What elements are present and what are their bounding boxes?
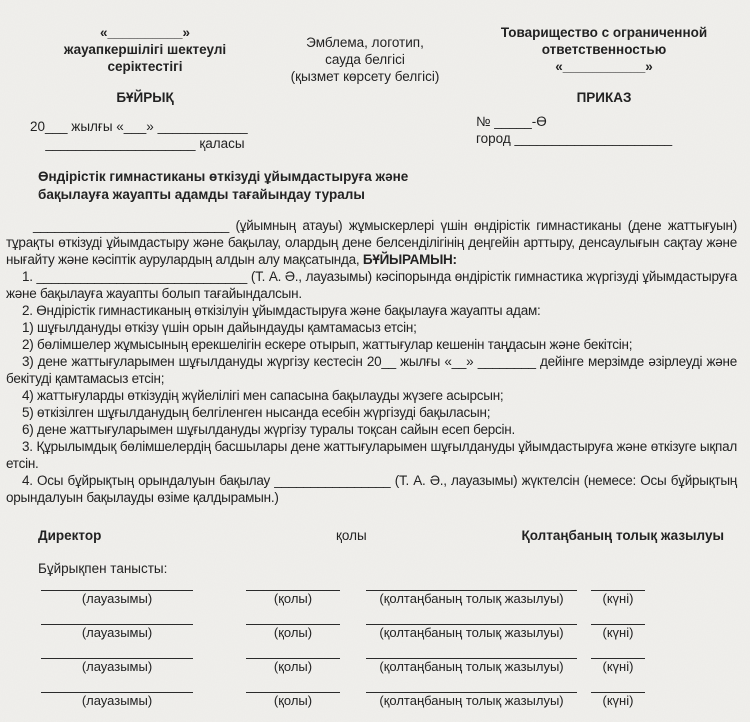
company-block-kz: «__________» жауапкершілігі шектеулі сер… (30, 24, 260, 152)
order-subitem-3: 3) дене жаттығуларымен шұғылдануды жүргі… (6, 353, 737, 387)
signature-cell: (қолы) (246, 577, 340, 607)
order-number-blank: № _____-Ө (470, 113, 738, 130)
order-document-page: «__________» жауапкершілігі шектеулі сер… (0, 0, 750, 722)
date-label: (күні) (591, 625, 645, 641)
position-label: (лауазымы) (41, 591, 193, 607)
order-city-blank-kz: ____________________ қаласы (30, 135, 260, 152)
fullname-cell: (қолтаңбаның толық жазылуы) (366, 577, 577, 607)
acknowledgement-row: (лауазымы) (қолы) (қолтаңбаның толық жаз… (41, 645, 750, 675)
date-label: (күні) (591, 659, 645, 675)
acknowledgement-row: (лауазымы) (қолы) (қолтаңбаның толық жаз… (41, 577, 750, 607)
order-date-blank-kz: 20___ жылғы «___» ____________ (30, 118, 260, 135)
fullname-cell: (қолтаңбаның толық жазылуы) (366, 679, 577, 709)
acknowledgement-rows: (лауазымы) (қолы) (қолтаңбаның толық жаз… (41, 577, 750, 709)
position-cell: (лауазымы) (41, 679, 193, 709)
company-name-blank-ru: «___________» (470, 58, 738, 75)
preamble-emphasis: БҰЙЫРАМЫН: (363, 252, 457, 267)
signature-label: (қолы) (246, 625, 340, 641)
order-body: ___________________________ (ұйымның ата… (6, 217, 737, 506)
signature-cell: (қолы) (246, 611, 340, 641)
date-cell: (күні) (591, 679, 645, 709)
signature-label: қолы (336, 528, 367, 543)
order-subitem-5: 5) өткізілген шұғылданудың белгіленген н… (6, 404, 737, 421)
position-label: (лауазымы) (41, 659, 193, 675)
subject-line2: бақылауға жауапты адамды тағайындау тура… (38, 186, 498, 204)
subject-line1: Өндірістік гимнастиканы өткізуді ұйымдас… (38, 168, 498, 186)
emblem-line1: Эмблема, логотип, (265, 34, 465, 51)
order-city-blank-ru: город _____________________ (470, 130, 738, 147)
position-blank-line (41, 679, 193, 693)
date-label: (күні) (591, 693, 645, 709)
company-name-blank-kz: «__________» (30, 24, 260, 41)
position-cell: (лауазымы) (41, 611, 193, 641)
signature-label: (қолы) (246, 659, 340, 675)
signature-cell: (қолы) (246, 645, 340, 675)
fullname-blank-line (366, 645, 577, 659)
signature-label: (қолы) (246, 591, 340, 607)
date-cell: (күні) (591, 645, 645, 675)
position-blank-line (41, 645, 193, 659)
signature-cell: (қолы) (246, 679, 340, 709)
company-type-ru-line1: Товарищество с ограниченной (470, 24, 738, 41)
letterhead: «__________» жауапкершілігі шектеулі сер… (0, 0, 750, 152)
fullname-cell: (қолтаңбаның толық жазылуы) (366, 645, 577, 675)
acknowledgement-heading: Бұйрықпен танысты: (38, 561, 750, 576)
order-subitem-1: 1) шұғылдануды өткізу үшін орын дайындау… (6, 319, 737, 336)
director-signature-row: Директор қолы Қолтаңбаның толық жазылуы (0, 528, 750, 546)
date-blank-line (591, 611, 645, 625)
order-title-kz: БҰЙРЫҚ (30, 89, 260, 106)
fullname-blank-line (366, 577, 577, 591)
order-item-2: 2. Өндірістік гимнастиканың өткізілуін ұ… (6, 302, 737, 319)
preamble-paragraph: ___________________________ (ұйымның ата… (6, 217, 737, 268)
emblem-line2: сауда белгісі (265, 51, 465, 68)
order-subitem-4: 4) жаттығуларды өткізудің жүйелілігі мен… (6, 387, 737, 404)
date-label: (күні) (591, 591, 645, 607)
order-subitem-2: 2) бөлімшелер жұмысының ерекшелігін еске… (6, 336, 737, 353)
date-blank-line (591, 645, 645, 659)
acknowledgement-row: (лауазымы) (қолы) (қолтаңбаның толық жаз… (41, 679, 750, 709)
company-type-ru-line2: ответственностью (470, 41, 738, 58)
order-item-1: 1. _____________________________ (Т. А. … (6, 268, 737, 302)
fullname-label: Қолтаңбаның толық жазылуы (522, 528, 724, 543)
position-blank-line (41, 577, 193, 591)
fullname-cell: (қолтаңбаның толық жазылуы) (366, 611, 577, 641)
position-blank-line (41, 611, 193, 625)
signature-blank-line (246, 577, 340, 591)
company-block-ru: Товарищество с ограниченной ответственно… (470, 24, 738, 152)
position-cell: (лауазымы) (41, 577, 193, 607)
date-cell: (күні) (591, 611, 645, 641)
fullname-label: (қолтаңбаның толық жазылуы) (366, 625, 577, 641)
fullname-label: (қолтаңбаның толық жазылуы) (366, 693, 577, 709)
acknowledgement-row: (лауазымы) (қолы) (қолтаңбаның толық жаз… (41, 611, 750, 641)
order-subitem-6: 6) дене жаттығуларымен шұғылдануды жүргі… (6, 421, 737, 438)
company-type-kz-line1: жауапкершілігі шектеулі (30, 41, 260, 58)
emblem-line3: (қызмет көрсету белгісі) (265, 68, 465, 85)
order-item-3: 3. Құрылымдық бөлімшелердің басшылары де… (6, 438, 737, 472)
date-cell: (күні) (591, 577, 645, 607)
emblem-placeholder: Эмблема, логотип, сауда белгісі (қызмет … (265, 24, 465, 152)
company-type-kz-line2: серіктестігі (30, 58, 260, 75)
order-title-ru: ПРИКАЗ (470, 89, 738, 106)
signature-blank-line (246, 645, 340, 659)
order-item-4: 4. Осы бұйрықтың орындалуын бақылау ____… (6, 472, 737, 506)
signature-label: (қолы) (246, 693, 340, 709)
date-blank-line (591, 679, 645, 693)
signature-blank-line (246, 611, 340, 625)
signer-position: Директор (38, 528, 101, 543)
fullname-label: (қолтаңбаның толық жазылуы) (366, 659, 577, 675)
date-blank-line (591, 577, 645, 591)
position-label: (лауазымы) (41, 693, 193, 709)
fullname-blank-line (366, 611, 577, 625)
position-cell: (лауазымы) (41, 645, 193, 675)
position-label: (лауазымы) (41, 625, 193, 641)
order-subject: Өндірістік гимнастиканы өткізуді ұйымдас… (38, 168, 498, 204)
fullname-label: (қолтаңбаның толық жазылуы) (366, 591, 577, 607)
fullname-blank-line (366, 679, 577, 693)
signature-blank-line (246, 679, 340, 693)
